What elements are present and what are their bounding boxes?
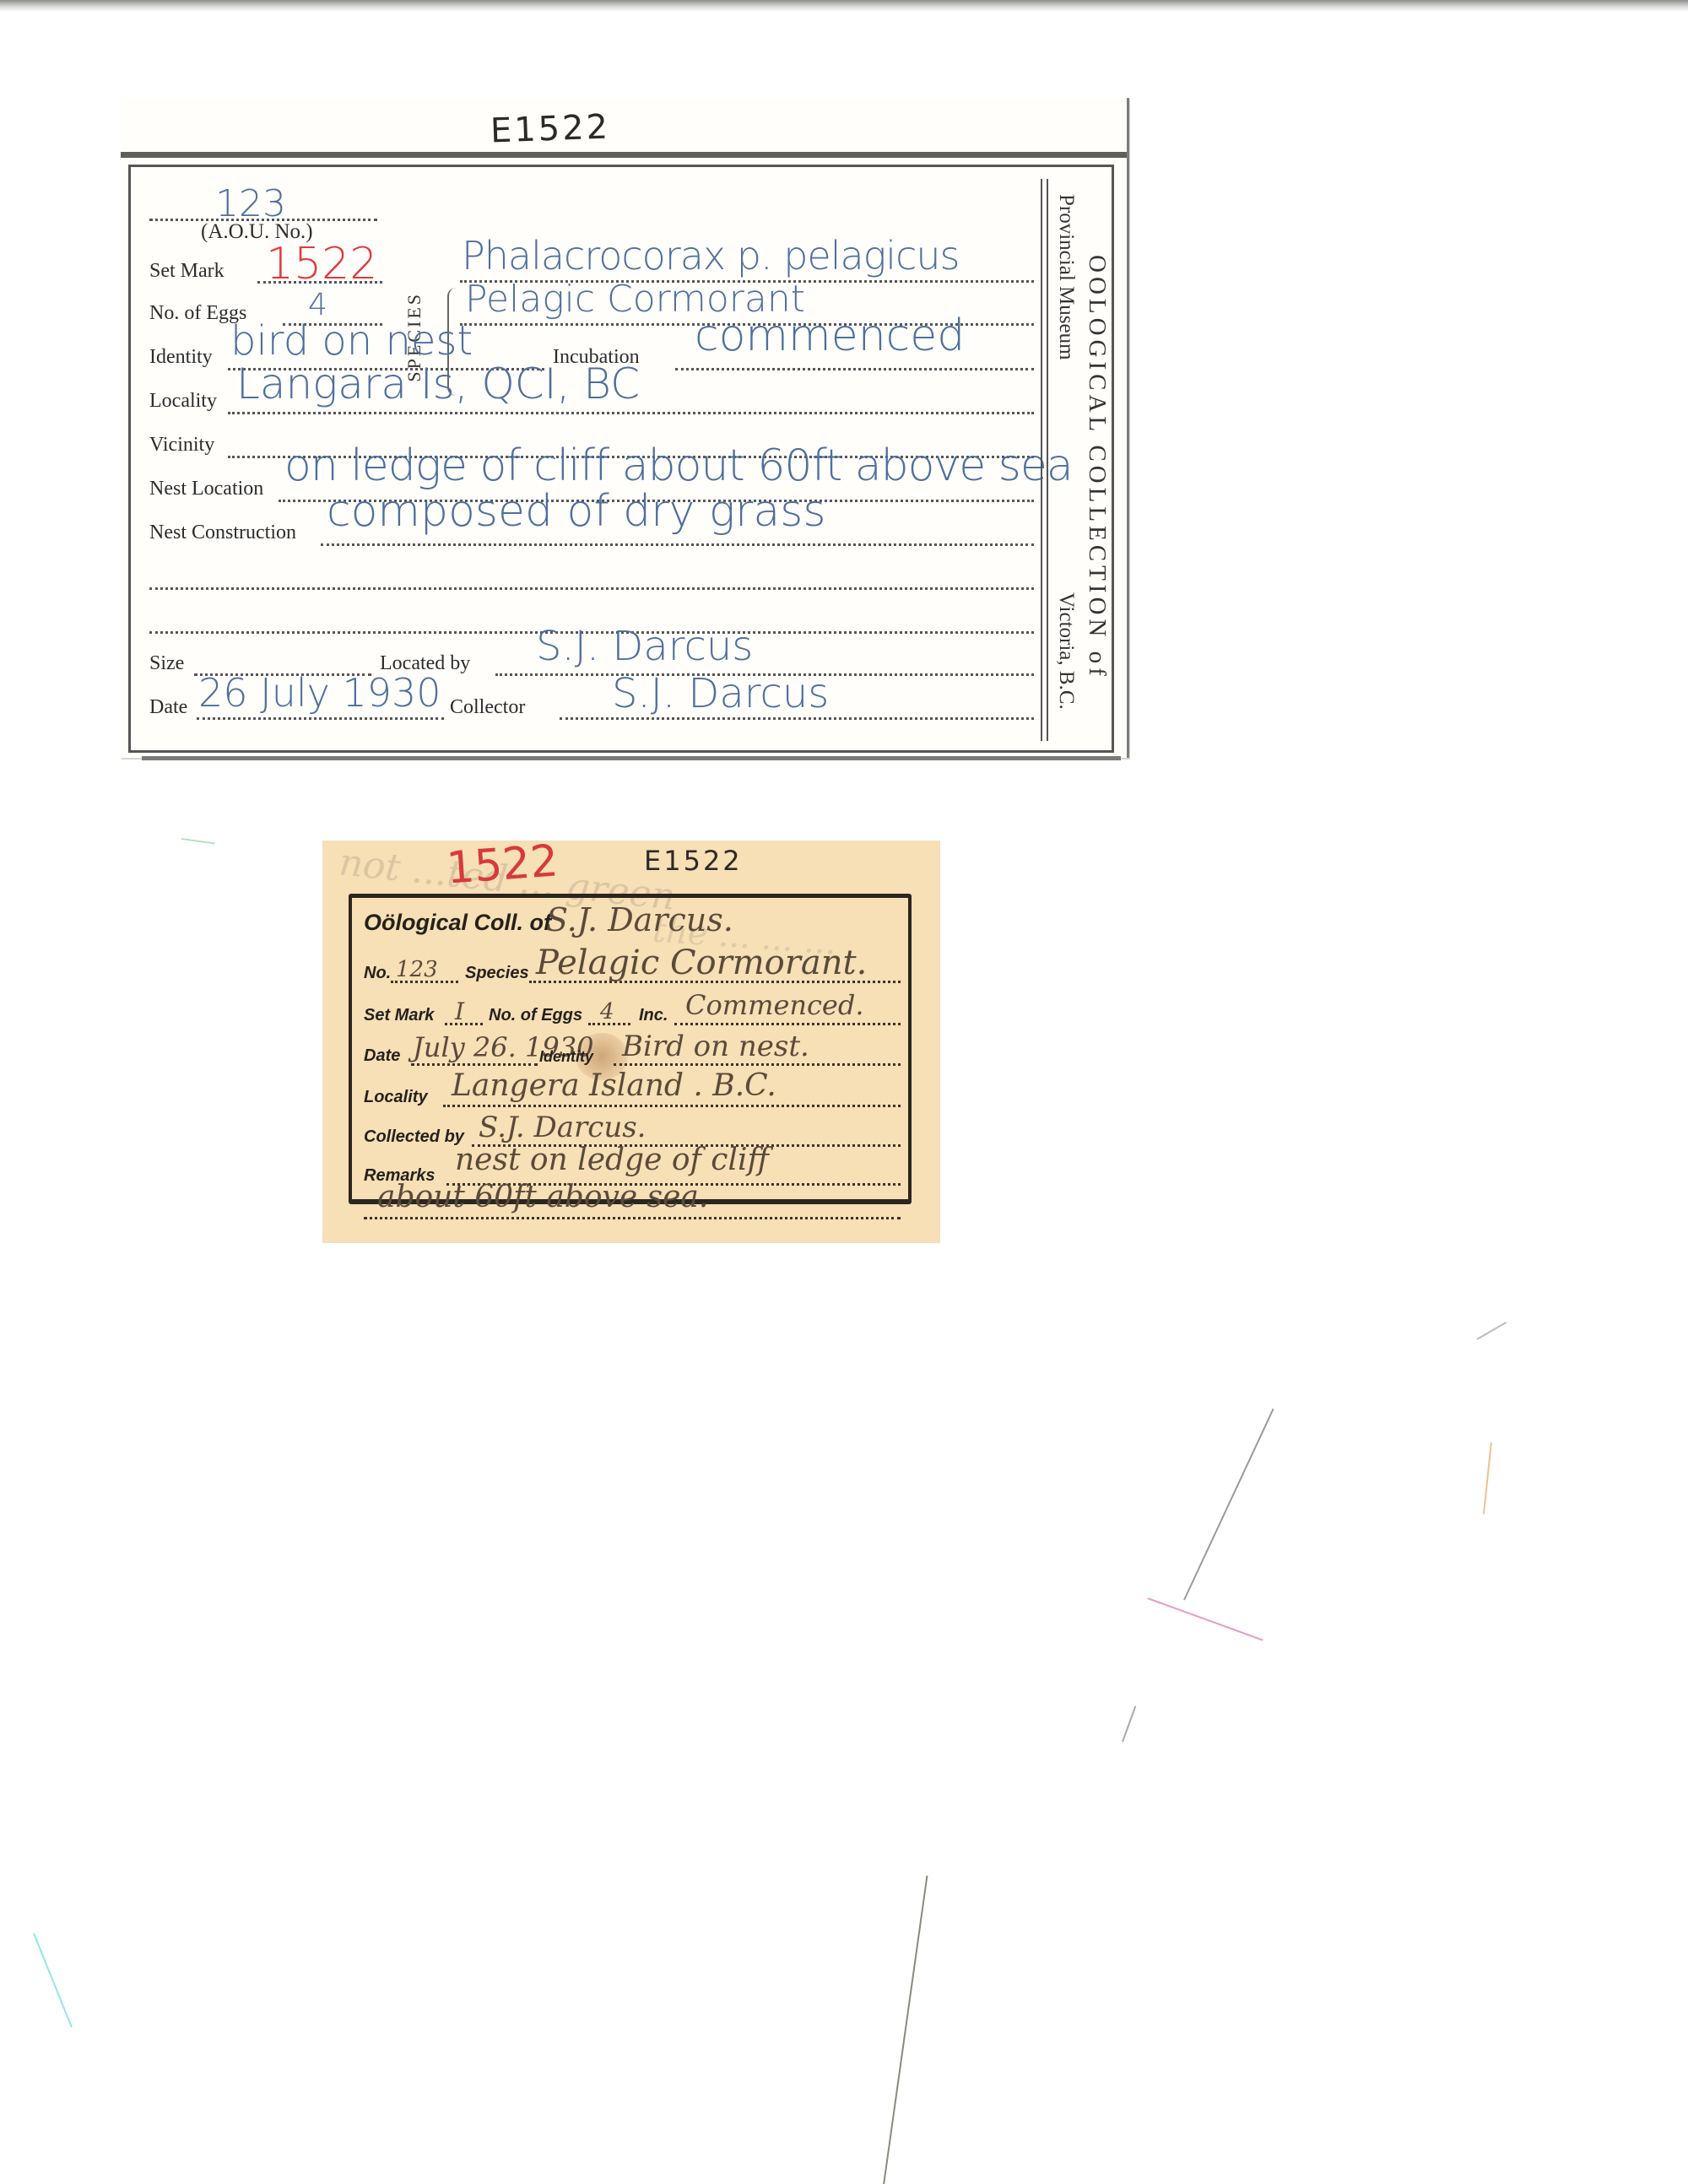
collector-value: S.J. Darcus	[612, 670, 829, 717]
personal-collection-card: not ...ted ... green the ... ... ... 152…	[323, 841, 939, 1242]
scan-streak	[1148, 1597, 1263, 1641]
nest-location-value: on ledge of cliff about 60ft above sea	[284, 441, 1073, 491]
set-mark-label: Set Mark	[149, 260, 225, 283]
no-of-eggs-value: 4	[600, 999, 614, 1024]
scan-streak	[1477, 1322, 1507, 1340]
scan-streak	[1483, 1442, 1492, 1514]
catalog-number: E1522	[644, 845, 743, 877]
species-value: Pelagic Cormorant.	[536, 943, 867, 982]
remarks-value-1: nest on ledge of cliff	[455, 1143, 769, 1177]
collection-header-label: Oölogical Coll. of	[364, 910, 551, 936]
date-line	[197, 717, 444, 720]
scan-streak	[33, 1933, 73, 2028]
nest-construction-label: Nest Construction	[149, 522, 296, 544]
collection-title: OOLOGICAL COLLECTION of	[1083, 255, 1111, 680]
inc-value: Commenced.	[685, 989, 864, 1021]
remarks-value-2: about 60ft above sea.	[377, 1180, 708, 1214]
locality-label: Locality	[364, 1088, 428, 1107]
institution-location: Victoria, B.C.	[1054, 592, 1078, 710]
size-label: Size	[149, 652, 184, 675]
no-value: 123	[396, 957, 438, 982]
date-label: Date	[364, 1046, 400, 1066]
card-top-rule	[121, 152, 1127, 158]
museum-specimen-card: E1522 123 (A.O.U. No.) Set Mark 1522 No.…	[121, 98, 1129, 758]
card-frame: Oölogical Coll. of S.J. Darcus. No. 123 …	[349, 894, 912, 1204]
vicinity-label: Vicinity	[149, 434, 214, 457]
scan-streak	[1183, 1408, 1274, 1600]
identity-line	[614, 1063, 901, 1066]
card-bottom-rule	[142, 756, 1121, 760]
incubation-line	[675, 368, 1034, 370]
side-double-rule	[1041, 179, 1048, 741]
card-frame: 123 (A.O.U. No.) Set Mark 1522 No. of Eg…	[128, 165, 1114, 753]
institution-name: Provincial Museum	[1054, 194, 1078, 360]
locality-line	[228, 412, 1034, 414]
scan-edge	[0, 0, 1688, 12]
no-label: No.	[364, 964, 391, 983]
inc-line	[674, 1023, 901, 1025]
species-label: Species	[465, 964, 529, 983]
collector-line	[560, 717, 1034, 720]
red-set-mark: 1522	[445, 835, 560, 894]
scan-streak	[1122, 1706, 1136, 1742]
remarks-line-2	[364, 1217, 901, 1219]
date-line	[411, 1063, 538, 1066]
locality-value: Langera Island . B.C.	[452, 1068, 776, 1103]
scan-streak	[883, 1875, 928, 2184]
identity-value: Bird on nest.	[622, 1030, 809, 1063]
blank-line-1	[149, 587, 1034, 590]
set-mark-value: I	[455, 997, 464, 1025]
collected-by-label: Collected by	[364, 1127, 464, 1147]
collection-owner-value: S.J. Darcus.	[546, 901, 733, 938]
located-by-value: S.J. Darcus	[536, 623, 753, 670]
nest-construction-line	[321, 543, 1034, 546]
side-imprint: OOLOGICAL COLLECTION of Provincial Museu…	[1051, 179, 1110, 741]
date-label: Date	[149, 696, 187, 719]
aou-number-value: 123	[215, 182, 286, 225]
incubation-value: commenced	[695, 311, 965, 361]
nest-location-label: Nest Location	[149, 478, 263, 500]
identity-label: Identity	[149, 346, 213, 369]
set-mark-value: 1522	[266, 239, 377, 289]
locality-line	[443, 1105, 901, 1107]
identity-label: Identity	[539, 1048, 593, 1066]
species-scientific-value: Phalacrocorax p. pelagicus	[462, 233, 959, 278]
catalog-number: E1522	[490, 108, 611, 151]
collector-label: Collector	[450, 696, 525, 719]
inc-label: Inc.	[639, 1006, 668, 1025]
set-mark-label: Set Mark	[364, 1006, 434, 1025]
locality-value: Langara Is, QCI, BC	[236, 359, 640, 408]
collected-by-value: S.J. Darcus.	[479, 1111, 646, 1144]
nest-construction-value: composed of dry grass	[327, 486, 825, 537]
identity-value: bird on nest	[230, 317, 473, 365]
locality-label: Locality	[149, 390, 217, 413]
scan-streak	[181, 838, 215, 845]
date-value: 26 July 1930	[198, 670, 441, 716]
no-of-eggs-label: No. of Eggs	[489, 1006, 582, 1025]
